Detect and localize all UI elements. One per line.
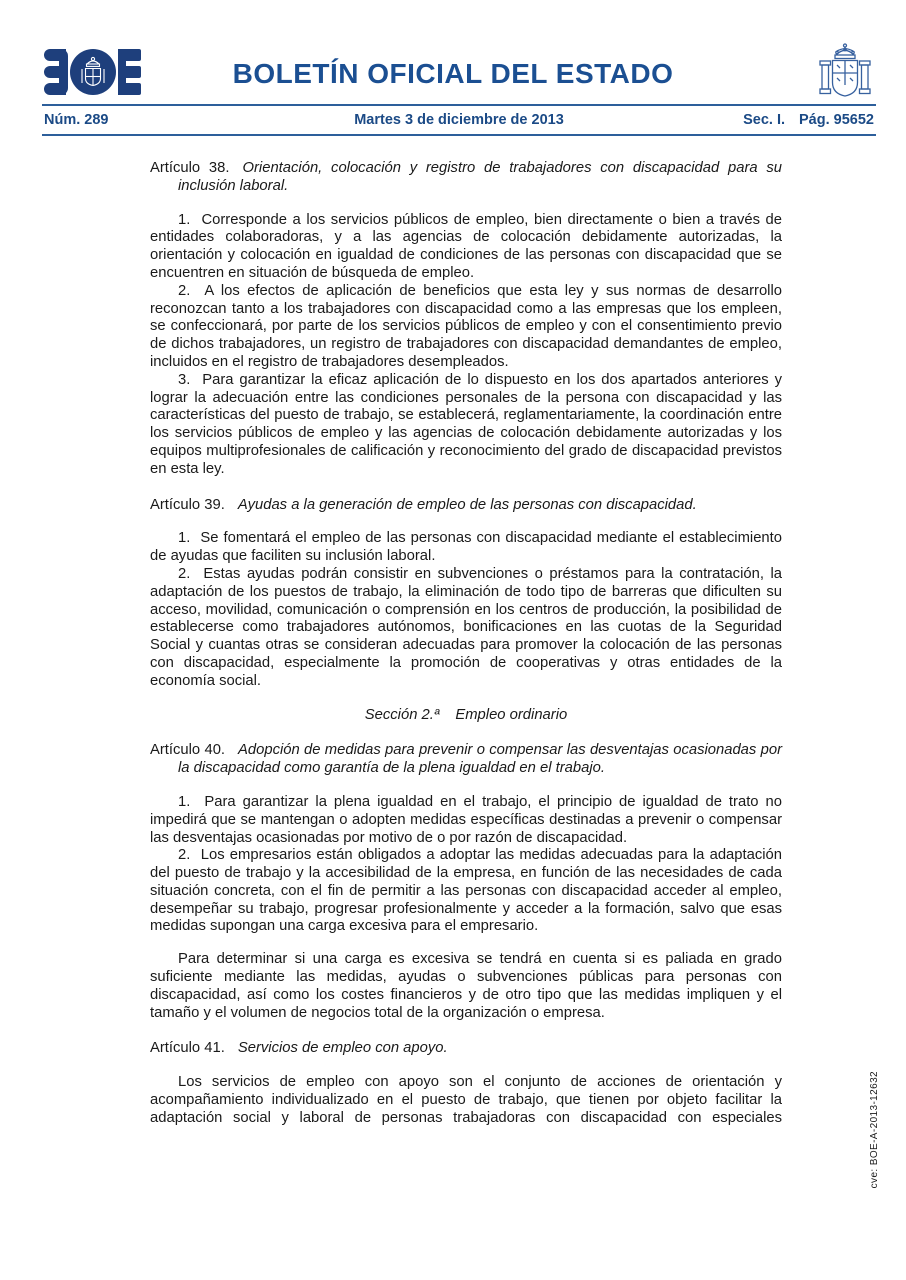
paragraph: 1. Para garantizar la plena igualdad en …	[150, 794, 782, 847]
paragraph: 2. Los empresarios están obligados a ado…	[150, 847, 782, 936]
paragraph: 2. Estas ayudas podrán consistir en subv…	[150, 566, 782, 691]
issue-date: Martes 3 de diciembre de 2013	[354, 112, 564, 128]
page-title: BOLETÍN OFICIAL DEL ESTADO	[0, 58, 906, 90]
paragraph: Para determinar si una carga es excesiva…	[150, 951, 782, 1022]
header-rule-bottom	[42, 134, 876, 136]
section-title: Empleo ordinario	[455, 707, 567, 723]
spain-coat-of-arms-icon	[816, 42, 874, 102]
article-39-heading: Artículo 39.Ayudas a la generación de em…	[150, 497, 782, 515]
article-title: Adopción de medidas para prevenir o comp…	[178, 742, 782, 776]
article-number: Artículo 41.	[150, 1040, 225, 1056]
article-40-heading: Artículo 40.Adopción de medidas para pre…	[150, 742, 782, 778]
article-number: Artículo 38.	[150, 160, 230, 176]
document-body: Artículo 38.Orientación, colocación y re…	[150, 160, 782, 1128]
article-title: Servicios de empleo con apoyo.	[238, 1040, 448, 1056]
article-38-heading: Artículo 38.Orientación, colocación y re…	[150, 160, 782, 196]
issue-number: Núm. 289	[44, 112, 108, 128]
article-number: Artículo 40.	[150, 742, 225, 758]
paragraph: 2. A los efectos de aplicación de benefi…	[150, 283, 782, 372]
section-number: Sección 2.ª	[365, 707, 440, 723]
paragraph: 3. Para garantizar la eficaz aplicación …	[150, 372, 782, 479]
article-title: Orientación, colocación y registro de tr…	[178, 160, 782, 194]
paragraph: Los servicios de empleo con apoyo son el…	[150, 1074, 782, 1127]
paragraph: 1. Corresponde a los servicios públicos …	[150, 212, 782, 283]
page-number: Pág. 95652	[799, 112, 874, 128]
boe-page: BOE	[0, 0, 906, 1280]
article-title: Ayudas a la generación de empleo de las …	[238, 497, 697, 513]
header-rule-top	[42, 104, 876, 106]
section-page: Sec. I.Pág. 95652	[743, 112, 874, 128]
section-label: Sec. I.	[743, 112, 785, 128]
cve-code: cve: BOE-A-2013-12632	[869, 1071, 880, 1188]
section-heading: Sección 2.ªEmpleo ordinario	[150, 707, 782, 725]
header-meta-row: Núm. 289 Martes 3 de diciembre de 2013 S…	[44, 110, 874, 132]
paragraph: 1. Se fomentará el empleo de las persona…	[150, 530, 782, 566]
article-41-heading: Artículo 41.Servicios de empleo con apoy…	[150, 1040, 782, 1058]
article-number: Artículo 39.	[150, 497, 225, 513]
